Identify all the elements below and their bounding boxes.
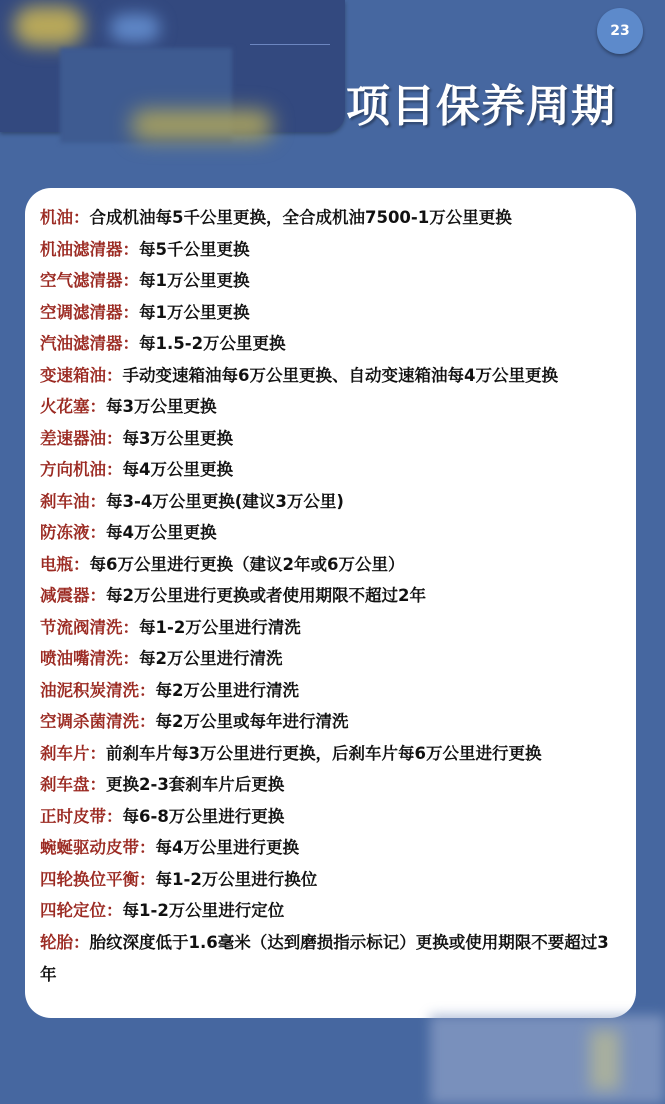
maintenance-item: 汽油滤清器：每1.5-2万公里更换 <box>40 328 624 360</box>
maintenance-item: 刹车盘：更换2-3套刹车片后更换 <box>40 769 624 801</box>
maintenance-item: 喷油嘴清洗：每2万公里进行清洗 <box>40 643 624 675</box>
item-interval: 每1-2万公里进行定位 <box>123 901 285 920</box>
maintenance-item: 机油滤清器：每5千公里更换 <box>40 234 624 266</box>
item-label: 机油滤清器： <box>40 240 139 259</box>
item-interval: 每1万公里更换 <box>139 303 249 322</box>
maintenance-item: 机油：合成机油每5千公里更换，全合成机油7500-1万公里更换 <box>40 202 624 234</box>
item-label: 空调杀菌清洗： <box>40 712 156 731</box>
maintenance-item: 防冻液：每4万公里更换 <box>40 517 624 549</box>
item-label: 空调滤清器： <box>40 303 139 322</box>
maintenance-item: 差速器油：每3万公里更换 <box>40 423 624 455</box>
item-label: 减震器： <box>40 586 106 605</box>
maintenance-item: 油泥积炭清洗：每2万公里进行清洗 <box>40 675 624 707</box>
item-interval: 每2万公里进行清洗 <box>139 649 282 668</box>
item-label: 轮胎： <box>40 933 90 952</box>
blurred-logo-mark <box>110 14 160 42</box>
item-label: 四轮定位： <box>40 901 123 920</box>
maintenance-item: 轮胎：胎纹深度低于1.6毫米（达到磨损指示标记）更换或使用期限不要超过3年 <box>40 927 624 991</box>
maintenance-item: 空调杀菌清洗：每2万公里或每年进行清洗 <box>40 706 624 738</box>
item-interval: 每2万公里或每年进行清洗 <box>156 712 349 731</box>
item-label: 机油： <box>40 208 90 227</box>
item-interval: 每1.5-2万公里更换 <box>139 334 286 353</box>
item-label: 蜿蜒驱动皮带： <box>40 838 156 857</box>
item-label: 刹车片： <box>40 744 106 763</box>
item-interval: 每2万公里进行更换或者使用期限不超过2年 <box>106 586 426 605</box>
item-label: 方向机油： <box>40 460 123 479</box>
item-label: 空气滤清器： <box>40 271 139 290</box>
item-label: 刹车盘： <box>40 775 106 794</box>
item-label: 变速箱油： <box>40 366 123 385</box>
item-label: 节流阀清洗： <box>40 618 139 637</box>
item-label: 四轮换位平衡： <box>40 870 156 889</box>
blurred-brand-text <box>132 110 272 140</box>
item-label: 防冻液： <box>40 523 106 542</box>
item-interval: 前刹车片每3万公里进行更换，后刹车片每6万公里进行更换 <box>106 744 541 763</box>
maintenance-item: 方向机油：每4万公里更换 <box>40 454 624 486</box>
maintenance-item: 火花塞：每3万公里更换 <box>40 391 624 423</box>
item-interval: 每4万公里更换 <box>106 523 216 542</box>
item-interval: 合成机油每5千公里更换，全合成机油7500-1万公里更换 <box>90 208 512 227</box>
maintenance-card: 机油：合成机油每5千公里更换，全合成机油7500-1万公里更换机油滤清器：每5千… <box>25 188 636 1018</box>
item-label: 刹车油： <box>40 492 106 511</box>
blurred-logo-icon <box>14 6 84 46</box>
item-interval: 手动变速箱油每6万公里更换、自动变速箱油每4万公里更换 <box>123 366 558 385</box>
item-interval: 每1万公里更换 <box>139 271 249 290</box>
divider <box>250 44 330 45</box>
item-label: 差速器油： <box>40 429 123 448</box>
maintenance-item: 刹车油：每3-4万公里更换(建议3万公里) <box>40 486 624 518</box>
maintenance-item: 变速箱油：手动变速箱油每6万公里更换、自动变速箱油每4万公里更换 <box>40 360 624 392</box>
item-label: 喷油嘴清洗： <box>40 649 139 668</box>
maintenance-item: 空调滤清器：每1万公里更换 <box>40 297 624 329</box>
maintenance-item: 电瓶：每6万公里进行更换（建议2年或6万公里） <box>40 549 624 581</box>
item-interval: 每1-2万公里进行清洗 <box>139 618 301 637</box>
maintenance-item: 空气滤清器：每1万公里更换 <box>40 265 624 297</box>
blurred-brand-box <box>60 48 232 143</box>
item-interval: 更换2-3套刹车片后更换 <box>106 775 284 794</box>
item-interval: 每3万公里更换 <box>123 429 233 448</box>
blurred-watermark <box>430 1015 665 1104</box>
maintenance-item: 四轮定位：每1-2万公里进行定位 <box>40 895 624 927</box>
maintenance-list: 机油：合成机油每5千公里更换，全合成机油7500-1万公里更换机油滤清器：每5千… <box>40 202 624 991</box>
maintenance-item: 刹车片：前刹车片每3万公里进行更换，后刹车片每6万公里进行更换 <box>40 738 624 770</box>
item-label: 火花塞： <box>40 397 106 416</box>
item-label: 电瓶： <box>40 555 90 574</box>
item-interval: 每6-8万公里进行更换 <box>123 807 285 826</box>
maintenance-item: 蜿蜒驱动皮带：每4万公里进行更换 <box>40 832 624 864</box>
item-interval: 胎纹深度低于1.6毫米（达到磨损指示标记）更换或使用期限不要超过3年 <box>40 933 609 984</box>
item-interval: 每4万公里更换 <box>123 460 233 479</box>
item-interval: 每1-2万公里进行换位 <box>156 870 318 889</box>
item-label: 正时皮带： <box>40 807 123 826</box>
page-title: 项目保养周期 <box>346 70 616 134</box>
item-interval: 每4万公里进行更换 <box>156 838 299 857</box>
page-number-badge: 23 <box>597 8 643 54</box>
item-interval: 每3万公里更换 <box>106 397 216 416</box>
item-label: 汽油滤清器： <box>40 334 139 353</box>
blurred-watermark-accent <box>590 1030 620 1090</box>
item-interval: 每5千公里更换 <box>139 240 249 259</box>
maintenance-item: 节流阀清洗：每1-2万公里进行清洗 <box>40 612 624 644</box>
item-interval: 每3-4万公里更换(建议3万公里) <box>106 492 344 511</box>
maintenance-item: 减震器：每2万公里进行更换或者使用期限不超过2年 <box>40 580 624 612</box>
item-interval: 每2万公里进行清洗 <box>156 681 299 700</box>
item-label: 油泥积炭清洗： <box>40 681 156 700</box>
maintenance-item: 四轮换位平衡：每1-2万公里进行换位 <box>40 864 624 896</box>
maintenance-item: 正时皮带：每6-8万公里进行更换 <box>40 801 624 833</box>
item-interval: 每6万公里进行更换（建议2年或6万公里） <box>90 555 405 574</box>
